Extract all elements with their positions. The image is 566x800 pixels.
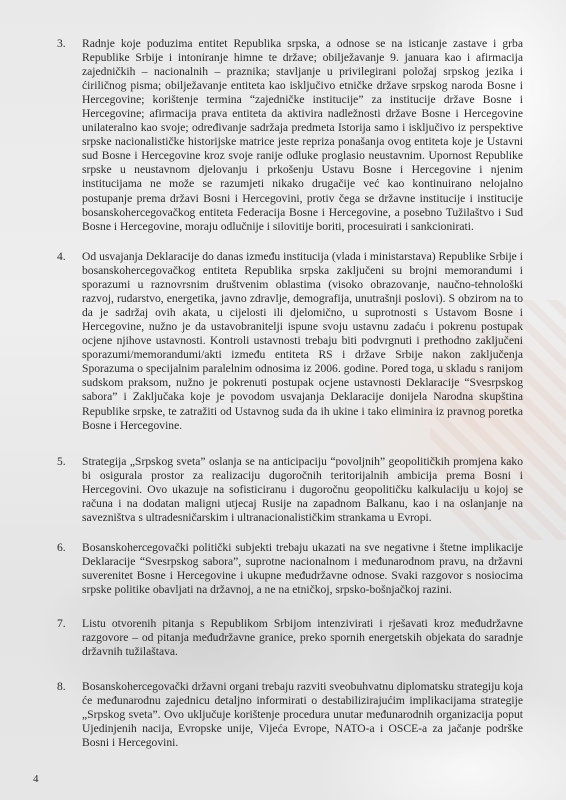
item-text: Listu otvorenih pitanja s Republikom Srb… (82, 617, 523, 659)
item-number: 5. (57, 455, 77, 469)
item-text: Bosanskohercegovački politički subjekti … (82, 541, 523, 597)
page-number: 4 (33, 773, 39, 785)
item-number: 7. (57, 617, 77, 631)
list-item: 6. Bosanskohercegovački politički subjek… (57, 541, 523, 597)
item-text: Radnje koje poduzima entitet Republika s… (82, 37, 523, 234)
list-item: 8. Bosanskohercegovački državni organi t… (57, 680, 523, 750)
item-text: Od usvajanja Deklaracije do danas između… (82, 250, 523, 433)
list-item: 5. Strategija „Srpskog sveta” oslanja se… (57, 455, 523, 525)
item-number: 6. (57, 541, 77, 555)
item-number: 8. (57, 680, 77, 694)
item-text: Strategija „Srpskog sveta” oslanja se na… (82, 455, 523, 525)
item-number: 4. (57, 250, 77, 264)
item-text: Bosanskohercegovački državni organi treb… (82, 680, 523, 750)
list-item: 3. Radnje koje poduzima entitet Republik… (57, 37, 523, 234)
list-item: 4. Od usvajanja Deklaracije do danas izm… (57, 250, 523, 433)
item-number: 3. (57, 37, 77, 51)
list-item: 7. Listu otvorenih pitanja s Republikom … (57, 617, 523, 659)
